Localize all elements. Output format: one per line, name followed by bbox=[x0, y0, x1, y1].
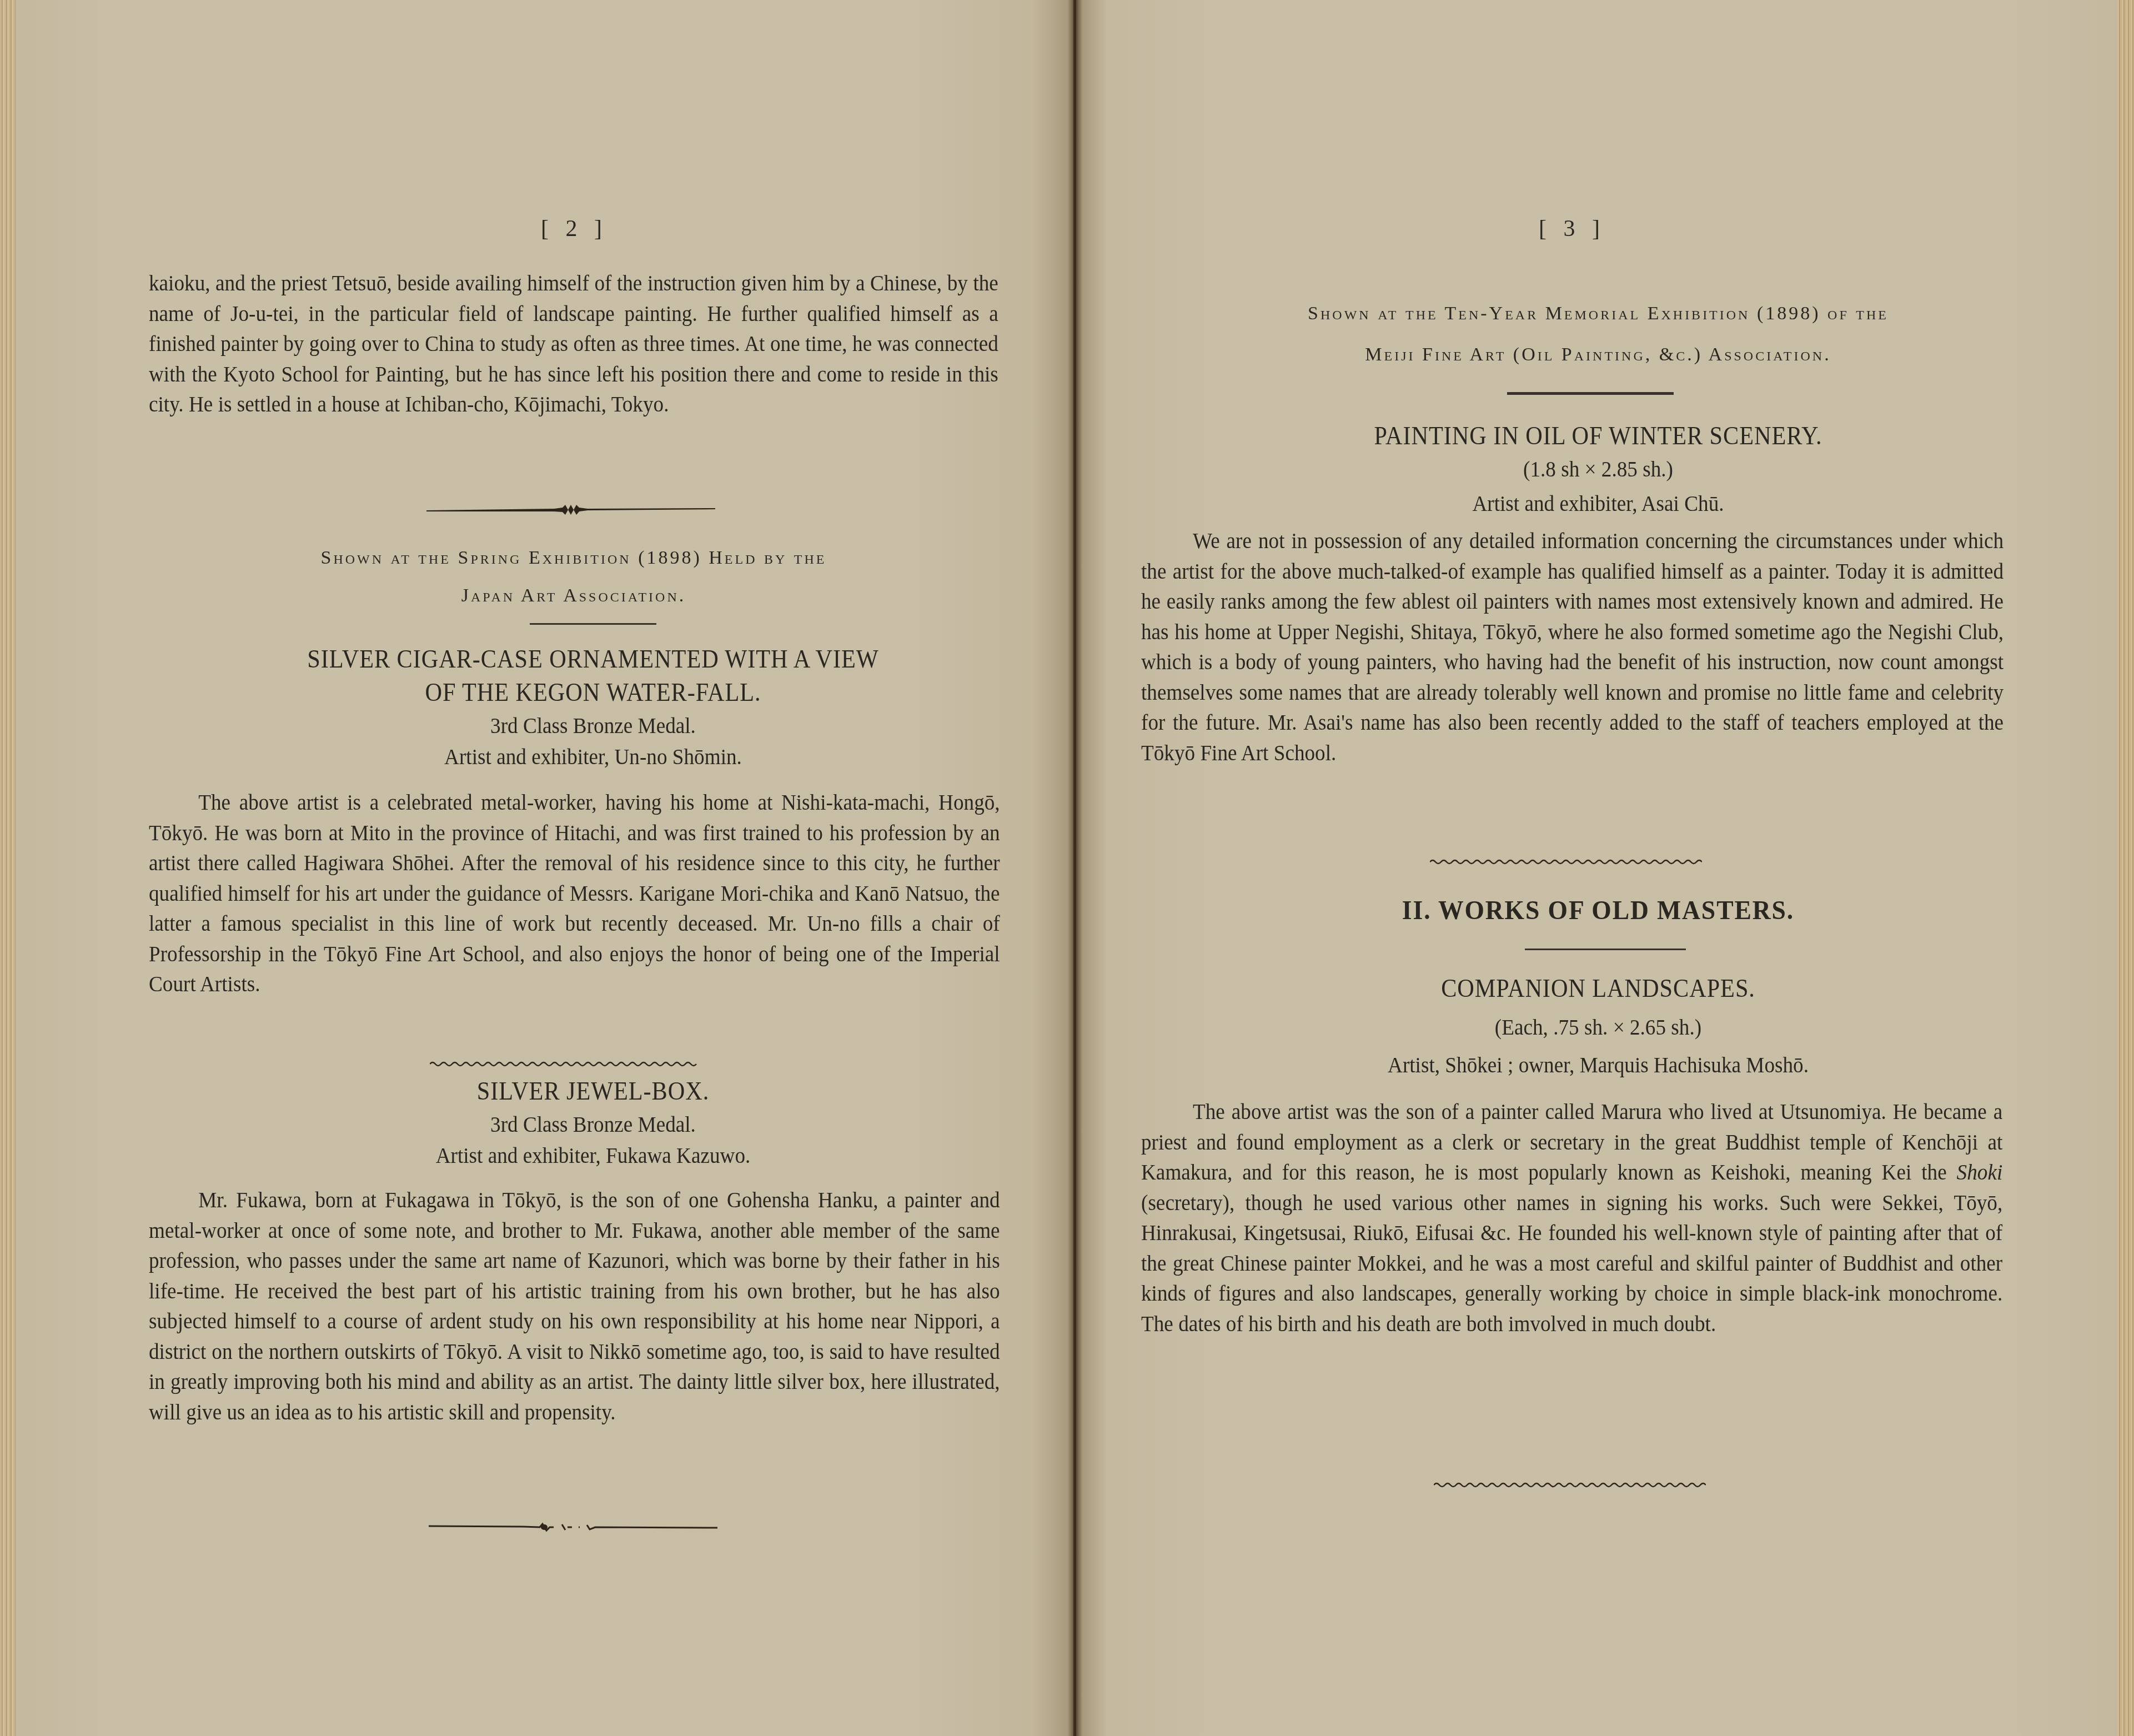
tailpiece-ornament-icon bbox=[429, 1522, 717, 1533]
page-number: [ 2 ] bbox=[491, 215, 657, 242]
entry-credit: Artist, Shōkei ; owner, Marquis Hachisuk… bbox=[1113, 1050, 2083, 1081]
left-page: [ 2 ] kaioku, and the priest Tetsuō, bes… bbox=[16, 0, 1075, 1736]
continuation-paragraph: kaioku, and the priest Tetsuō, beside av… bbox=[149, 268, 998, 420]
exhibition-heading: Shown at the Ten-Year Memorial Exhibitio… bbox=[1076, 294, 2120, 374]
wavy-divider-icon bbox=[1434, 1482, 1706, 1489]
entry-title: SILVER JEWEL-BOX. bbox=[113, 1075, 1073, 1108]
short-rule-divider bbox=[1507, 392, 1674, 395]
entry-silver-jewel-box: SILVER JEWEL-BOX. 3rd Class Bronze Medal… bbox=[71, 1075, 1115, 1171]
entry-silver-cigar-case: SILVER CIGAR-CASE ORNAMENTED WITH A VIEW… bbox=[71, 643, 1115, 772]
short-rule-divider bbox=[1525, 949, 1686, 950]
entry-title-line2: OF THE KEGON WATER-FALL. bbox=[113, 676, 1073, 709]
exhibition-heading-line2: Meiji Fine Art (Oil Painting, &c.) Assoc… bbox=[1076, 335, 2120, 374]
right-page: [ 3 ] Shown at the Ten-Year Memorial Exh… bbox=[1076, 0, 2118, 1736]
section-heading: II. WORKS OF OLD MASTERS. bbox=[1102, 895, 2094, 926]
paragraph-text: Mr. Fukawa, born at Fukagawa in Tōkyō, i… bbox=[149, 1185, 1000, 1427]
paragraph-text-rest: (secretary), though he used various othe… bbox=[1141, 1190, 2002, 1336]
italic-term: Shoki bbox=[1957, 1160, 2003, 1185]
entry-description: The above artist is a celebrated metal-w… bbox=[149, 787, 1000, 1000]
entry-credit: Artist and exhibiter, Un-no Shōmin. bbox=[108, 741, 1078, 772]
exhibition-heading: Shown at the Spring Exhibition (1898) He… bbox=[38, 539, 1109, 615]
wavy-divider-icon bbox=[430, 1061, 702, 1068]
paragraph-text-lead: The above artist was the son of a painte… bbox=[1141, 1099, 2002, 1185]
entry-award: 3rd Class Bronze Medal. bbox=[108, 710, 1078, 741]
entry-title: SILVER CIGAR-CASE ORNAMENTED WITH A VIEW bbox=[113, 643, 1073, 676]
entry-credit: Artist and exhibiter, Asai Chū. bbox=[1113, 488, 2083, 519]
page-edges-left bbox=[0, 0, 17, 1736]
paragraph-text: We are not in possession of any detailed… bbox=[1141, 526, 2004, 768]
entry-dimensions: (Each, .75 sh. × 2.65 sh.) bbox=[1113, 1012, 2083, 1043]
exhibition-heading-line1: Shown at the Ten-Year Memorial Exhibitio… bbox=[1076, 294, 2120, 333]
ornamental-divider-icon bbox=[426, 503, 715, 517]
paragraph-text: The above artist was the son of a painte… bbox=[1141, 1097, 2002, 1339]
entry-description: The above artist was the son of a painte… bbox=[1141, 1097, 2002, 1339]
entry-credit: Artist and exhibiter, Fukawa Kazuwo. bbox=[108, 1140, 1078, 1171]
entry-companion-landscapes: COMPANION LANDSCAPES. (Each, .75 sh. × 2… bbox=[1076, 972, 2120, 1081]
wavy-divider-icon bbox=[1430, 859, 1702, 866]
entry-award: 3rd Class Bronze Medal. bbox=[108, 1109, 1078, 1140]
exhibition-heading-line1: Shown at the Spring Exhibition (1898) He… bbox=[38, 539, 1109, 578]
page-edges-right bbox=[2117, 0, 2134, 1736]
entry-title: PAINTING IN OIL OF WINTER SCENERY. bbox=[1118, 419, 2078, 453]
entry-title: COMPANION LANDSCAPES. bbox=[1118, 972, 2078, 1005]
short-rule-divider bbox=[530, 623, 656, 625]
exhibition-heading-line2: Japan Art Association. bbox=[38, 576, 1109, 615]
entry-dimensions: (1.8 sh × 2.85 sh.) bbox=[1113, 454, 2083, 485]
paragraph-text: The above artist is a celebrated metal-w… bbox=[149, 787, 1000, 1000]
page-number: [ 3 ] bbox=[1489, 215, 1655, 242]
entry-painting-winter-scenery: PAINTING IN OIL OF WINTER SCENERY. (1.8 … bbox=[1076, 419, 2120, 519]
paragraph-text: kaioku, and the priest Tetsuō, beside av… bbox=[149, 268, 998, 420]
entry-description: We are not in possession of any detailed… bbox=[1141, 526, 2004, 768]
entry-description: Mr. Fukawa, born at Fukagawa in Tōkyō, i… bbox=[149, 1185, 1000, 1427]
